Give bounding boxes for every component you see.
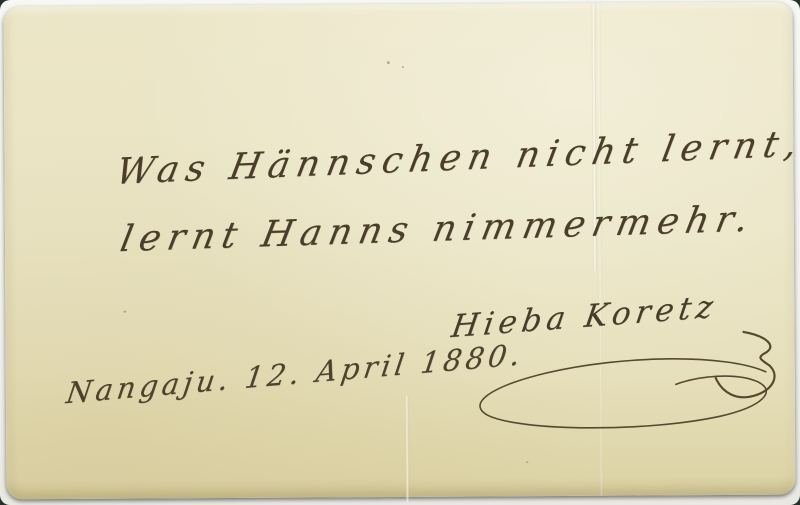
handwriting-line-2: lernt Hanns nimmermehr. (120, 199, 755, 260)
signature-flourish (435, 320, 796, 447)
manuscript-paper: Was Hännschen nicht lernt, lernt Hanns n… (4, 2, 796, 500)
paper-speck (402, 66, 404, 68)
handwriting-line-2-text: lernt Hanns nimmermehr. (117, 198, 759, 260)
paper-speck (526, 461, 528, 463)
handwriting-line-1-text: Was Hännschen nicht lernt, (113, 123, 800, 193)
handwriting-line-1: Was Hännschen nicht lernt, (116, 124, 800, 193)
paper-speck (123, 311, 126, 313)
fold-crease-bottom (405, 396, 410, 502)
paper-speck (387, 61, 390, 64)
